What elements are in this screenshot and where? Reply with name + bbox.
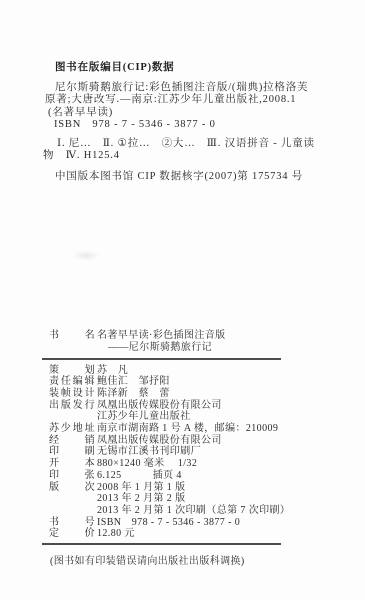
colophon-row: 定价12.80 元 [0,528,365,540]
colophon-row: 书号ISBN 978 - 7 - 5346 - 3877 - 0 [0,517,365,529]
colophon-value-line: 无锡市江溪书刊印刷厂 [97,446,365,458]
colophon-row-value: ISBN 978 - 7 - 5346 - 3877 - 0 [97,517,365,529]
colophon-row-value: 无锡市江溪书刊印刷厂 [97,446,365,458]
colophon-value-line: ISBN 978 - 7 - 5346 - 3877 - 0 [97,517,365,529]
colophon-row: 版次2008 年 1 月第 1 版2013 年 2 月第 2 版2013 年 2… [0,482,365,517]
colophon-row-label: 书名 [49,330,95,342]
colophon-value-line: 苏 凡 [97,365,365,377]
colophon-value-line: 凤凰出版传媒股份有限公司 [97,400,365,412]
colophon-row: 苏少地址南京市湖南路 1 号 A 楼，邮编：210009 [0,423,365,435]
colophon-value-line: ——尼尔斯骑鹅旅行记 [97,342,365,354]
colophon-row-label: 开本 [49,458,95,470]
colophon-row-label: 责任编辑 [49,376,95,388]
colophon-row-label: 装帧设计 [49,388,95,400]
colophon-row-value: 鲍佳汇 邹抒阳 [97,376,365,388]
divider-bottom [42,543,281,545]
colophon-value-line: 名著早早读·彩色插图注音版 [97,330,365,342]
colophon-value-line: 880×1240 毫米 1/32 [97,458,365,470]
cip-category-line-1: Ⅰ. 尼… Ⅱ. ①拉… ②大… Ⅲ. 汉语拼音 - 儿童读 [57,138,365,150]
cip-description-line-2: 原著;大唐改写.—南京:江苏少年儿童出版社,2008.1 [45,94,365,106]
colophon-value-line: 江苏少年儿童出版社 [97,411,365,423]
colophon-row-value: 凤凰出版传媒股份有限公司 [97,435,365,447]
colophon-row: 开本880×1240 毫米 1/32 [0,458,365,470]
cip-isbn-line: ISBN 978 - 7 - 5346 - 3877 - 0 [54,119,365,131]
colophon-row: 经销凤凰出版传媒股份有限公司 [0,435,365,447]
colophon-value-line: 12.80 元 [97,528,365,540]
colophon-row-value: 苏 凡 [97,365,365,377]
colophon-section: 书名名著早早读·彩色插图注音版——尼尔斯骑鹅旅行记 策划苏 凡责任编辑鲍佳汇 邹… [0,326,365,567]
colophon-row-value: 2008 年 1 月第 1 版2013 年 2 月第 2 版2013 年 2 月… [97,482,365,517]
colophon-row-label: 版次 [49,482,95,494]
colophon-value-line: 鲍佳汇 邹抒阳 [97,376,365,388]
book-copyright-page: 图书在版编目(CIP)数据 尼尔斯骑鹅旅行记:彩色插图注音版/(瑞典)拉格洛芙 … [0,0,365,600]
colophon-row-value: 南京市湖南路 1 号 A 楼，邮编：210009 [97,423,365,435]
colophon-value-line: 陈泽新 蔡 蕾 [97,388,365,400]
colophon-value-line: 2013 年 2 月第 1 次印刷（总第 7 次印刷） [97,505,365,517]
colophon-row: 书名名著早早读·彩色插图注音版——尼尔斯骑鹅旅行记 [0,330,365,354]
divider-top [42,358,281,360]
colophon-row: 策划苏 凡 [0,365,365,377]
colophon-row-label: 定价 [49,528,95,540]
footer-note: (图书如有印装错误请向出版社出版科调换) [50,552,365,567]
colophon-row-label: 经销 [49,435,95,447]
cip-registry-line: 中国版本图书馆 CIP 数据核字(2007)第 175734 号 [55,171,365,183]
colophon-value-line: 2008 年 1 月第 1 版 [97,482,365,494]
cip-header: 图书在版编目(CIP)数据 [55,62,365,74]
colophon-value-line: 2013 年 2 月第 2 版 [97,493,365,505]
colophon-row-value: 名著早早读·彩色插图注音版——尼尔斯骑鹅旅行记 [97,330,365,354]
colophon-value-line: 南京市湖南路 1 号 A 楼，邮编：210009 [97,423,365,435]
colophon-row: 装帧设计陈泽新 蔡 蕾 [0,388,365,400]
scan-smudge-artifact [72,250,100,261]
colophon-row-label: 策划 [49,365,95,377]
cip-category-line-2: 物 Ⅳ. H125.4 [43,150,365,162]
colophon-row-label: 印刷 [49,446,95,458]
colophon-row-label: 印张 [49,470,95,482]
colophon-head: 书名名著早早读·彩色插图注音版——尼尔斯骑鹅旅行记 [0,326,365,354]
colophon-row-value: 凤凰出版传媒股份有限公司江苏少年儿童出版社 [97,400,365,423]
cip-series-note: (名著早早读) [48,107,365,119]
colophon-row: 责任编辑鲍佳汇 邹抒阳 [0,376,365,388]
cip-section: 图书在版编目(CIP)数据 尼尔斯骑鹅旅行记:彩色插图注音版/(瑞典)拉格洛芙 … [0,57,365,183]
colophon-row: 出版发行凤凰出版传媒股份有限公司江苏少年儿童出版社 [0,400,365,423]
colophon-row: 印张6.125 插页 4 [0,470,365,482]
colophon-row-value: 6.125 插页 4 [97,470,365,482]
colophon-value-line: 6.125 插页 4 [97,470,365,482]
colophon-row-label: 出版发行 [49,400,95,412]
colophon-row-label: 书号 [49,517,95,529]
cip-description-line-1: 尼尔斯骑鹅旅行记:彩色插图注音版/(瑞典)拉格洛芙 [55,82,365,94]
colophon-value-line: 凤凰出版传媒股份有限公司 [97,435,365,447]
colophon-row-value: 880×1240 毫米 1/32 [97,458,365,470]
colophon-row-value: 陈泽新 蔡 蕾 [97,388,365,400]
colophon-row-value: 12.80 元 [97,528,365,540]
colophon-row-label: 苏少地址 [49,423,95,435]
colophon-row: 印刷无锡市江溪书刊印刷厂 [0,446,365,458]
colophon-body: 策划苏 凡责任编辑鲍佳汇 邹抒阳装帧设计陈泽新 蔡 蕾出版发行凤凰出版传媒股份有… [0,365,365,541]
